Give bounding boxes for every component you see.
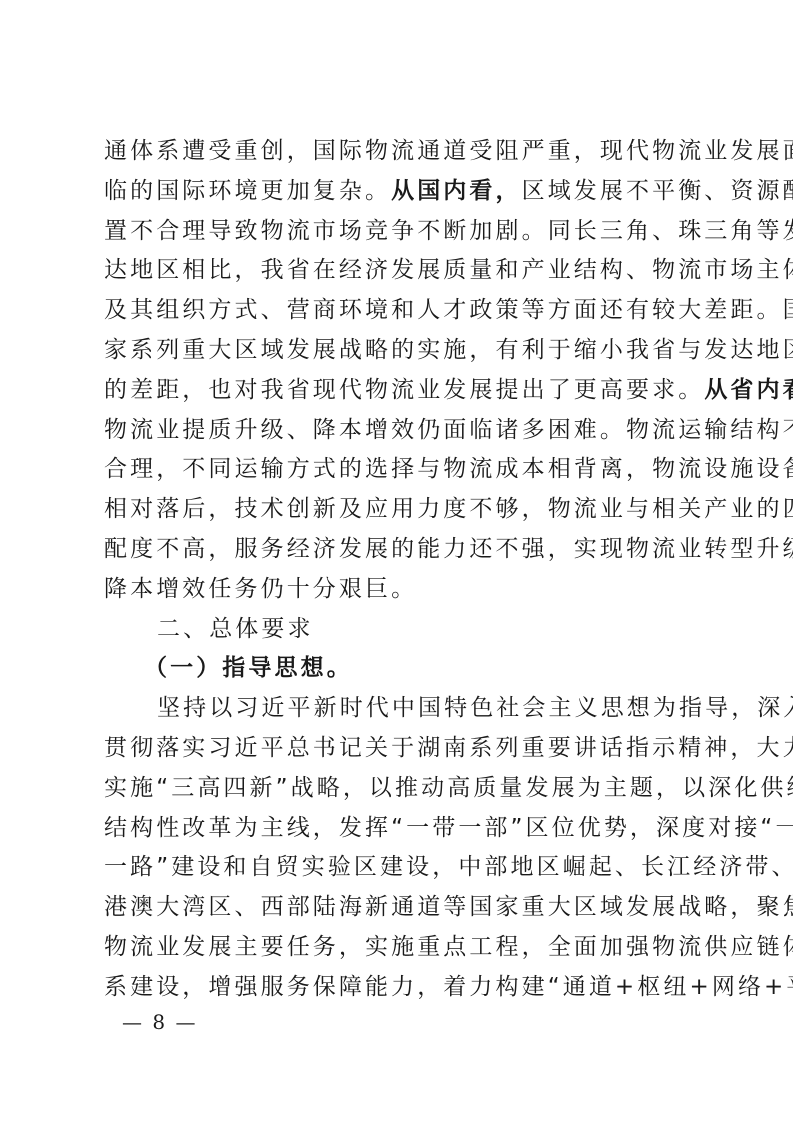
text-segment: 配度不高，服务经济发展的能力还不强，实现物流业转型升级、 — [104, 536, 793, 562]
bold-phrase-provincial: 从省内看， — [704, 377, 793, 403]
paragraph-line: 贯彻落实习近平总书记关于湖南系列重要讲话指示精神，大力 — [104, 729, 694, 769]
text-line: 合理，不同运输方式的选择与物流成本相背离，物流设施设备 — [104, 450, 694, 490]
body-text: 通体系遭受重创，国际物流通道受阻严重，现代物流业发展面 临的国际环境更加复杂。从… — [104, 132, 694, 1008]
text-line: 临的国际环境更加复杂。从国内看，区域发展不平衡、资源配 — [104, 172, 694, 212]
paragraph-line: 坚持以习近平新时代中国特色社会主义思想为指导，深入 — [104, 689, 694, 729]
text-line: 达地区相比，我省在经济发展质量和产业结构、物流市场主体 — [104, 251, 694, 291]
text-line: 配度不高，服务经济发展的能力还不强，实现物流业转型升级、 — [104, 530, 694, 570]
text-segment: 区域发展不平衡、资源配 — [522, 178, 793, 204]
text-line: 家系列重大区域发展战略的实施，有利于缩小我省与发达地区 — [104, 331, 694, 371]
text-segment: 通体系遭受重创，国际物流通道受阻严重，现代物流业发展面 — [104, 138, 793, 164]
text-segment: 的差距，也对我省现代物流业发展提出了更高要求。 — [104, 377, 704, 403]
document-page: 通体系遭受重创，国际物流通道受阻严重，现代物流业发展面 临的国际环境更加复杂。从… — [0, 0, 793, 1122]
section-heading: 二、总体要求 — [104, 610, 694, 650]
paragraph-line: 港澳大湾区、西部陆海新通道等国家重大区域发展战略，聚焦 — [104, 888, 694, 928]
text-line: 相对落后，技术创新及应用力度不够，物流业与相关产业的匹 — [104, 490, 694, 530]
text-segment: 及其组织方式、营商环境和人才政策等方面还有较大差距。国 — [104, 297, 793, 323]
text-line: 通体系遭受重创，国际物流通道受阻严重，现代物流业发展面 — [104, 132, 694, 172]
text-line: 降本增效任务仍十分艰巨。 — [104, 570, 694, 610]
text-line: 及其组织方式、营商环境和人才政策等方面还有较大差距。国 — [104, 291, 694, 331]
paragraph-line: 系建设，增强服务保障能力，着力构建“通道+枢纽+网络+平台” — [104, 968, 694, 1008]
paragraph-line: 实施“三高四新”战略，以推动高质量发展为主题，以深化供给侧 — [104, 769, 694, 809]
text-segment: 物流业提质升级、降本增效仍面临诸多困难。物流运输结构不 — [104, 417, 793, 443]
bold-phrase-domestic: 从国内看， — [391, 178, 522, 204]
text-line: 置不合理导致物流市场竞争不断加剧。同长三角、珠三角等发 — [104, 212, 694, 252]
text-segment: 合理，不同运输方式的选择与物流成本相背离，物流设施设备 — [104, 456, 793, 482]
text-segment: 家系列重大区域发展战略的实施，有利于缩小我省与发达地区 — [104, 337, 793, 363]
page-number: — 8 — — [122, 1010, 197, 1034]
subsection-heading: （一）指导思想。 — [104, 649, 694, 689]
text-segment: 达地区相比，我省在经济发展质量和产业结构、物流市场主体 — [104, 257, 793, 283]
text-segment: 相对落后，技术创新及应用力度不够，物流业与相关产业的匹 — [104, 496, 793, 522]
paragraph-line: 物流业发展主要任务，实施重点工程，全面加强物流供应链体 — [104, 928, 694, 968]
text-segment: 临的国际环境更加复杂。 — [104, 178, 391, 204]
text-line: 物流业提质升级、降本增效仍面临诸多困难。物流运输结构不 — [104, 411, 694, 451]
paragraph-line: 结构性改革为主线，发挥“一带一部”区位优势，深度对接“一带 — [104, 809, 694, 849]
text-segment: 降本增效任务仍十分艰巨。 — [104, 576, 417, 602]
text-segment: 置不合理导致物流市场竞争不断加剧。同长三角、珠三角等发 — [104, 218, 793, 244]
paragraph-line: 一路”建设和自贸实验区建设，中部地区崛起、长江经济带、粤 — [104, 848, 694, 888]
text-line: 的差距，也对我省现代物流业发展提出了更高要求。从省内看， — [104, 371, 694, 411]
